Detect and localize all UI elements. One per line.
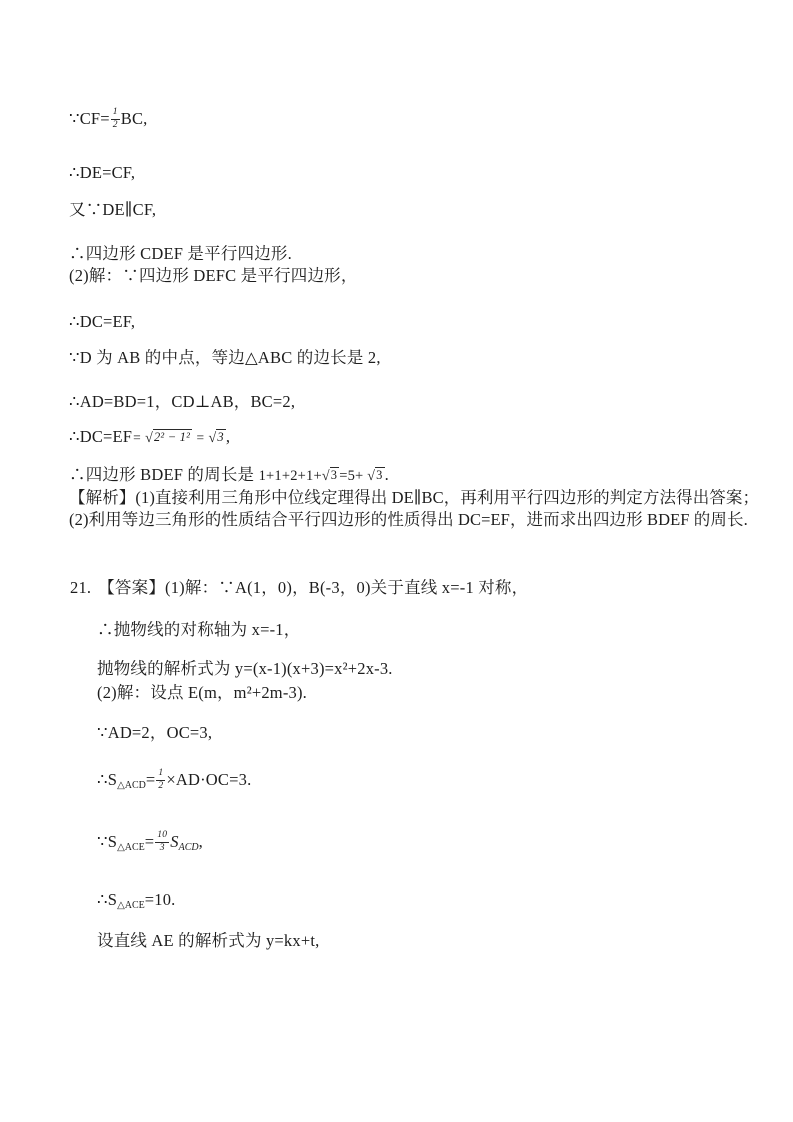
math-text: ×AD·OC=3. xyxy=(166,770,251,789)
equals-sign: = xyxy=(146,770,156,789)
fraction-one-half: 12 xyxy=(111,108,120,131)
math-text: =10. xyxy=(145,890,176,909)
equals-sign: = xyxy=(132,430,145,445)
line-ad-bd-values: ∴AD=BD=1，CD⊥AB，BC=2, xyxy=(69,391,295,413)
analysis-line-2: (2)利用等边三角形的性质结合平行四边形的性质得出 DC=EF，进而求出四边形 … xyxy=(69,509,748,531)
subscript-triangle-acd: △ACD xyxy=(117,780,146,791)
fraction-numerator: 1 xyxy=(111,108,120,120)
line-ad-oc: ∵AD=2，OC=3, xyxy=(97,722,212,744)
line-d-midpoint: ∵D 为 AB 的中点，等边△ABC 的边长是 2, xyxy=(69,347,381,369)
radicand: 3 xyxy=(330,467,339,482)
sqrt-icon: √ xyxy=(322,469,330,484)
line-area-ace-value: ∴S△ACE=10. xyxy=(97,889,176,917)
math-text: ∴S xyxy=(97,890,117,909)
math-text: 1+1+2+1+ xyxy=(259,468,322,484)
radicand: 3 xyxy=(216,429,225,444)
text: . xyxy=(385,465,389,484)
sqrt-icon: √ xyxy=(145,431,153,446)
line-de-parallel-cf: 又∵DE∥CF, xyxy=(69,199,156,221)
sqrt-icon: √ xyxy=(367,469,375,484)
math-text: ∴S xyxy=(97,770,117,789)
math-text: , xyxy=(199,832,203,851)
line-de-equals-cf: ∴DE=CF, xyxy=(69,162,135,184)
subscript-acd: ACD xyxy=(179,842,199,853)
subscript-triangle-ace: △ACE xyxy=(117,900,145,911)
line-perimeter: ∴四边形 BDEF 的周长是 1+1+2+1+√3=5+ √3. xyxy=(69,464,389,488)
fraction-denominator: 2 xyxy=(111,120,120,131)
line-dc-ef-sqrt: ∴DC=EF= √2² − 1² = √3, xyxy=(69,426,230,450)
math-text: =5+ xyxy=(339,468,367,484)
analysis-line-1: 【解析】(1)直接利用三角形中位线定理得出 DE∥BC，再利用平行四边形的判定方… xyxy=(69,487,759,509)
equals-sign: = xyxy=(145,832,155,851)
sqrt-icon: √ xyxy=(209,431,217,446)
line-dc-equals-ef: ∴DC=EF, xyxy=(69,311,135,333)
fraction-numerator: 1 xyxy=(156,769,165,781)
fraction-ten-thirds: 103 xyxy=(155,831,169,854)
text: ∴四边形 BDEF 的周长是 xyxy=(69,465,259,484)
document-page: ∵CF=12BC, ∴DE=CF, 又∵DE∥CF, ∴四边形 CDEF 是平行… xyxy=(0,0,793,1122)
problem-number: 21. xyxy=(70,577,91,599)
line-area-ace-ratio: ∵S△ACE=103SACD, xyxy=(97,831,203,859)
line-cf-half-bc: ∵CF=12BC, xyxy=(69,108,148,132)
line-symmetry-axis: ∴抛物线的对称轴为 x=-1， xyxy=(97,619,300,641)
line-area-acd: ∴S△ACD=12×AD·OC=3. xyxy=(97,769,251,797)
math-text: BC, xyxy=(121,109,148,128)
line-parabola-equation: 抛物线的解析式为 y=(x-1)(x+3)=x²+2x-3. xyxy=(97,658,393,680)
fraction-numerator: 10 xyxy=(155,831,169,843)
fraction-denominator: 2 xyxy=(156,781,165,792)
line-cdef-parallelogram: ∴四边形 CDEF 是平行四边形. xyxy=(69,243,292,265)
line-ae-equation: 设直线 AE 的解析式为 y=kx+t, xyxy=(97,930,319,952)
math-text: , xyxy=(226,427,230,446)
line-problem21-answer: 21.【答案】(1)解：∵A(1，0)，B(-3，0)关于直线 x=-1 对称， xyxy=(70,577,528,599)
radicand: 3 xyxy=(375,467,384,482)
math-text: ∵S xyxy=(97,832,117,851)
answer-text: 【答案】(1)解：∵A(1，0)，B(-3，0)关于直线 x=-1 对称， xyxy=(98,578,528,597)
math-symbol-s: S xyxy=(170,832,178,851)
fraction-one-half: 12 xyxy=(156,769,165,792)
line-part2-point-e: (2)解：设点 E(m，m²+2m-3). xyxy=(97,682,307,704)
math-text: ∵CF= xyxy=(69,109,110,128)
subscript-triangle-ace: △ACE xyxy=(117,842,145,853)
equals-sign: = xyxy=(192,430,208,445)
math-text: ∴DC=EF xyxy=(69,427,132,446)
line-part2-defc: (2)解：∵四边形 DEFC 是平行四边形， xyxy=(69,265,358,287)
radicand: 2² − 1² xyxy=(153,429,192,444)
fraction-denominator: 3 xyxy=(155,843,169,854)
